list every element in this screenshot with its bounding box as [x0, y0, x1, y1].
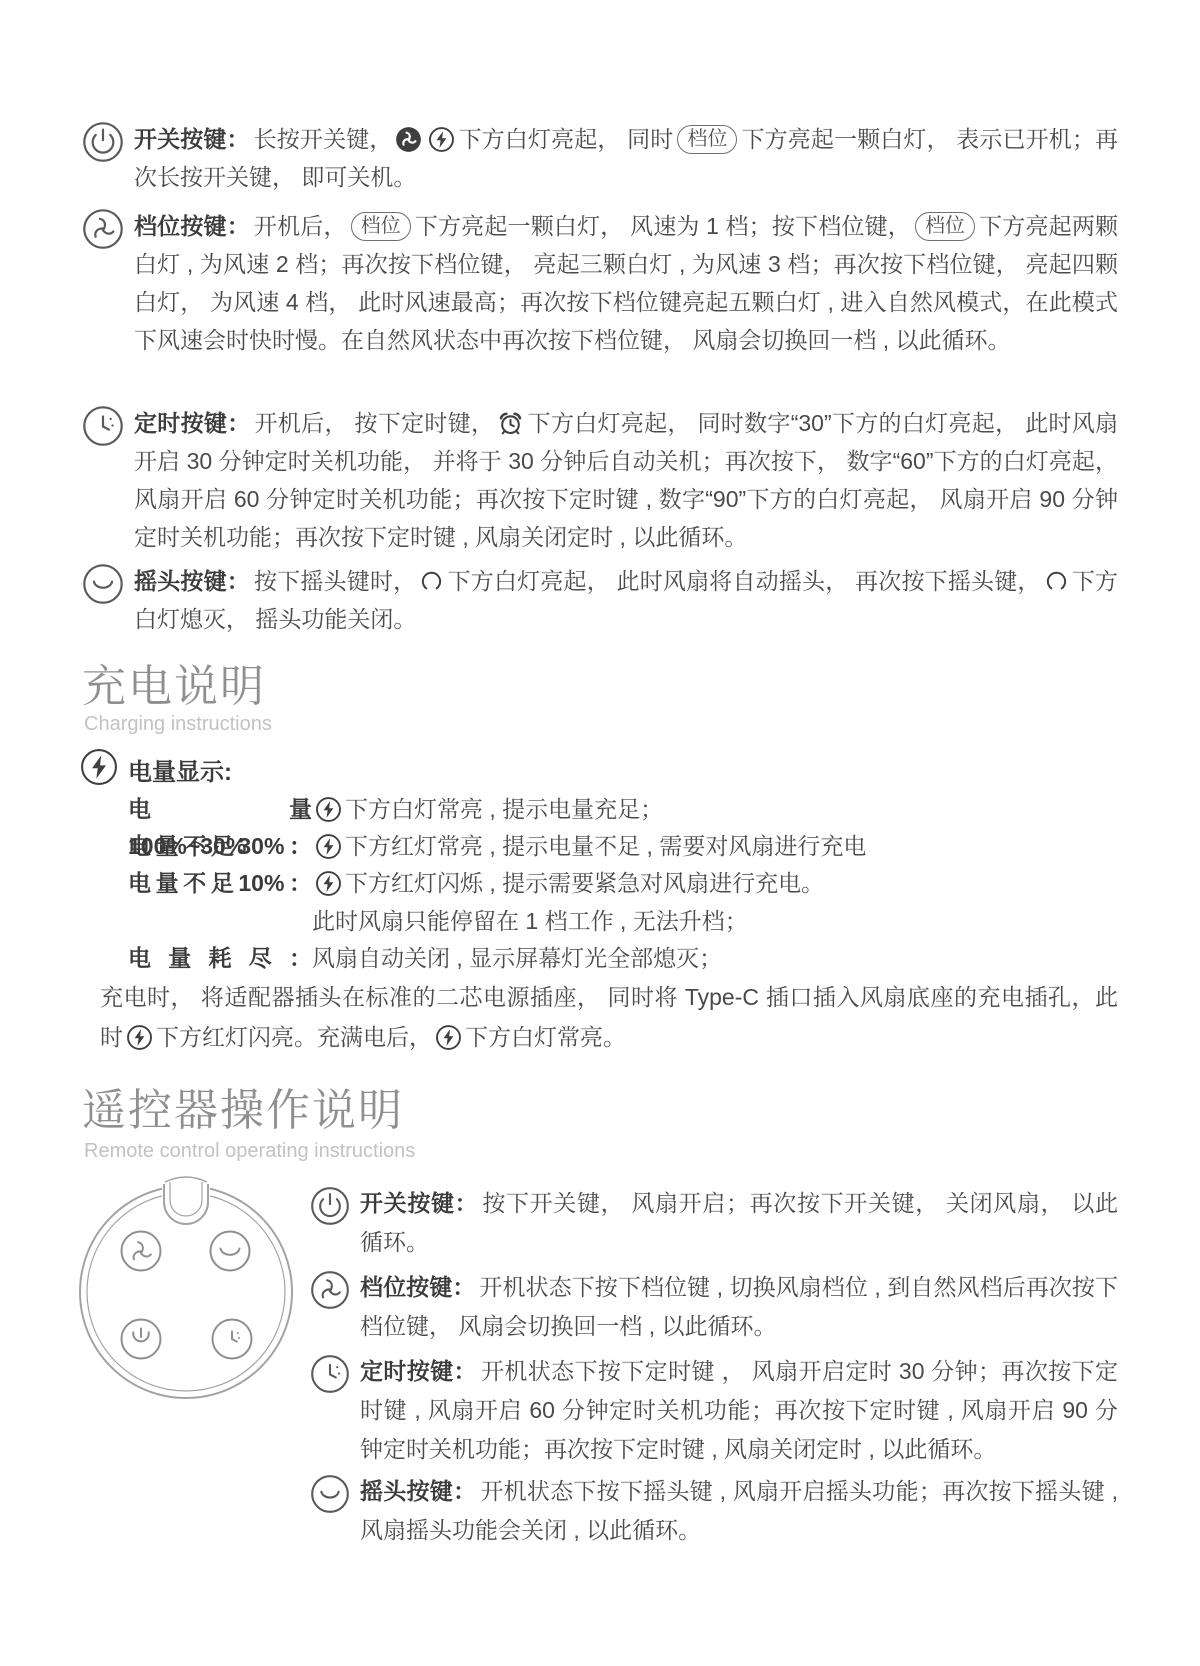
instruction-text: 档位按键：开机状态下按下档位键 , 切换风扇档位 , 到自然风档后再次按下档位键… [360, 1268, 1118, 1346]
alarm-icon [497, 410, 524, 437]
instruction-text: 摇头按键：按下摇头键时， 下方白灯亮起， 此时风扇将自动摇头， 再次按下摇头键，… [134, 562, 1118, 638]
instruction-label: 开关按键： [134, 126, 250, 152]
battery-row: 电量不足30%： 下方红灯常亮 , 提示电量不足 , 需要对风扇进行充电 [128, 828, 1120, 865]
bolt-icon [435, 1024, 462, 1051]
battery-row-text: 下方白灯常亮 , 提示电量充足； [312, 791, 1120, 828]
remote-title: 遥控器操作说明 [82, 1088, 404, 1134]
charging-title: 充电说明 [82, 664, 266, 710]
instruction-text: 摇头按键：开机状态下按下摇头键 , 风扇开启摇头功能；再次按下摇头键 , 风扇摇… [360, 1472, 1118, 1550]
arc-icon [1044, 570, 1069, 595]
battery-row-text: 风扇自动关闭 , 显示屏幕灯光全部熄灭； [312, 940, 1120, 977]
fan-icon [310, 1268, 360, 1315]
instruction-label: 摇头按键： [360, 1478, 476, 1504]
remote-item-power: 开关按键：按下开关键， 风扇开启；再次按下开关键， 关闭风扇， 以此循环。 [310, 1184, 1118, 1262]
instruction-item-timer: 定时按键：开机后， 按下定时键， 下方白灯亮起， 同时数字“30”下方的白灯亮起… [82, 404, 1118, 556]
instruction-label: 定时按键： [134, 410, 251, 436]
instruction-label: 摇头按键： [134, 568, 250, 594]
instruction-item-oscillate: 摇头按键：按下摇头键时， 下方白灯亮起， 此时风扇将自动摇头， 再次按下摇头键，… [82, 562, 1118, 638]
remote-item-speed: 档位按键：开机状态下按下档位键 , 切换风扇档位 , 到自然风档后再次按下档位键… [310, 1268, 1118, 1346]
bolt-icon [428, 126, 455, 153]
timer-icon [82, 404, 134, 452]
instruction-label: 开关按键： [360, 1190, 478, 1216]
arc-icon [419, 570, 444, 595]
instruction-text: 定时按键：开机状态下按下定时键 ， 风扇开启定时 30 分钟；再次按下定时键 ,… [360, 1352, 1118, 1469]
instruction-text: 开关按键：按下开关键， 风扇开启；再次按下开关键， 关闭风扇， 以此循环。 [360, 1184, 1118, 1262]
power-icon [310, 1184, 360, 1231]
battery-row: 电量耗尽： 风扇自动关闭 , 显示屏幕灯光全部熄灭； [128, 940, 1120, 977]
charging-subtitle: Charging instructions [84, 712, 272, 736]
remote-power-button [122, 1320, 161, 1359]
instruction-body: 按下摇头键时， 下方白灯亮起， 此时风扇将自动摇头， 再次按下摇头键， 下方白灯… [134, 568, 1118, 632]
remote-fan-button [122, 1232, 161, 1271]
battery-bolt-icon [80, 748, 118, 791]
fan-solid-icon [395, 126, 422, 153]
bolt-icon [315, 796, 342, 823]
remote-item-timer: 定时按键：开机状态下按下定时键 ， 风扇开启定时 30 分钟；再次按下定时键 ,… [310, 1352, 1118, 1469]
bolt-icon [315, 870, 342, 897]
instruction-body: 开机后， 按下定时键， 下方白灯亮起， 同时数字“30”下方的白灯亮起， 此时风… [134, 410, 1118, 550]
instruction-text: 档位按键：开机后，档位下方亮起一颗白灯， 风速为 1 档；按下档位键，档位下方亮… [134, 207, 1118, 359]
remote-item-oscillate: 摇头按键：开机状态下按下摇头键 , 风扇开启摇头功能；再次按下摇头键 , 风扇摇… [310, 1472, 1118, 1550]
swing-icon [310, 1472, 360, 1519]
battery-row-label: 电量耗尽： [128, 940, 312, 977]
manual-page: 开关按键：长按开关键， 下方白灯亮起， 同时档位下方亮起一颗白灯， 表示已开机；… [0, 0, 1200, 1666]
instruction-label: 档位按键： [360, 1274, 475, 1300]
remote-subtitle: Remote control operating instructions [84, 1139, 415, 1163]
timer-icon [310, 1352, 360, 1399]
bolt-icon [126, 1024, 153, 1051]
instruction-text: 开关按键：长按开关键， 下方白灯亮起， 同时档位下方亮起一颗白灯， 表示已开机；… [134, 120, 1118, 196]
battery-row-text: 下方红灯常亮 , 提示电量不足 , 需要对风扇进行充电 [312, 828, 1120, 865]
power-icon [82, 120, 134, 168]
fan-icon [82, 207, 134, 255]
swing-icon [82, 562, 134, 610]
instruction-body: 长按开关键， 下方白灯亮起， 同时档位下方亮起一颗白灯， 表示已开机；再次长按开… [134, 126, 1118, 190]
battery-row-text: 此时风扇只能停留在 1 档工作 , 无法升档； [312, 903, 1120, 940]
bolt-icon [315, 833, 342, 860]
remote-timer-button [213, 1320, 252, 1359]
remote-illustration [62, 1172, 310, 1417]
gear-label-pill: 档位 [915, 212, 975, 241]
instruction-item-speed: 档位按键：开机后，档位下方亮起一颗白灯， 风速为 1 档；按下档位键，档位下方亮… [82, 207, 1118, 359]
battery-row-label: 电量不足10%： [128, 865, 312, 902]
battery-display-heading: 电量显示: [128, 752, 232, 787]
instruction-body: 开机后，档位下方亮起一颗白灯， 风速为 1 档；按下档位键，档位下方亮起两颗白灯… [134, 213, 1118, 353]
battery-row-text: 下方红灯闪烁 , 提示需要紧急对风扇进行充电。 [312, 865, 1120, 902]
instruction-label: 档位按键： [134, 213, 250, 239]
charging-note: 充电时， 将适配器插头在标准的二芯电源插座， 同时将 Type-C 插口插入风扇… [100, 977, 1118, 1057]
battery-row-label: 电量不足30%： [128, 828, 312, 865]
instruction-text: 定时按键：开机后， 按下定时键， 下方白灯亮起， 同时数字“30”下方的白灯亮起… [134, 404, 1118, 556]
instruction-label: 定时按键： [360, 1358, 477, 1384]
instruction-item-power: 开关按键：长按开关键， 下方白灯亮起， 同时档位下方亮起一颗白灯， 表示已开机；… [82, 120, 1118, 196]
battery-row: 电量不足10%： 下方红灯闪烁 , 提示需要紧急对风扇进行充电。 [128, 865, 1120, 902]
battery-row: 此时风扇只能停留在 1 档工作 , 无法升档； [128, 903, 1120, 940]
gear-label-pill: 档位 [677, 125, 737, 154]
remote-swing-button [211, 1232, 250, 1271]
gear-label-pill: 档位 [351, 212, 411, 241]
